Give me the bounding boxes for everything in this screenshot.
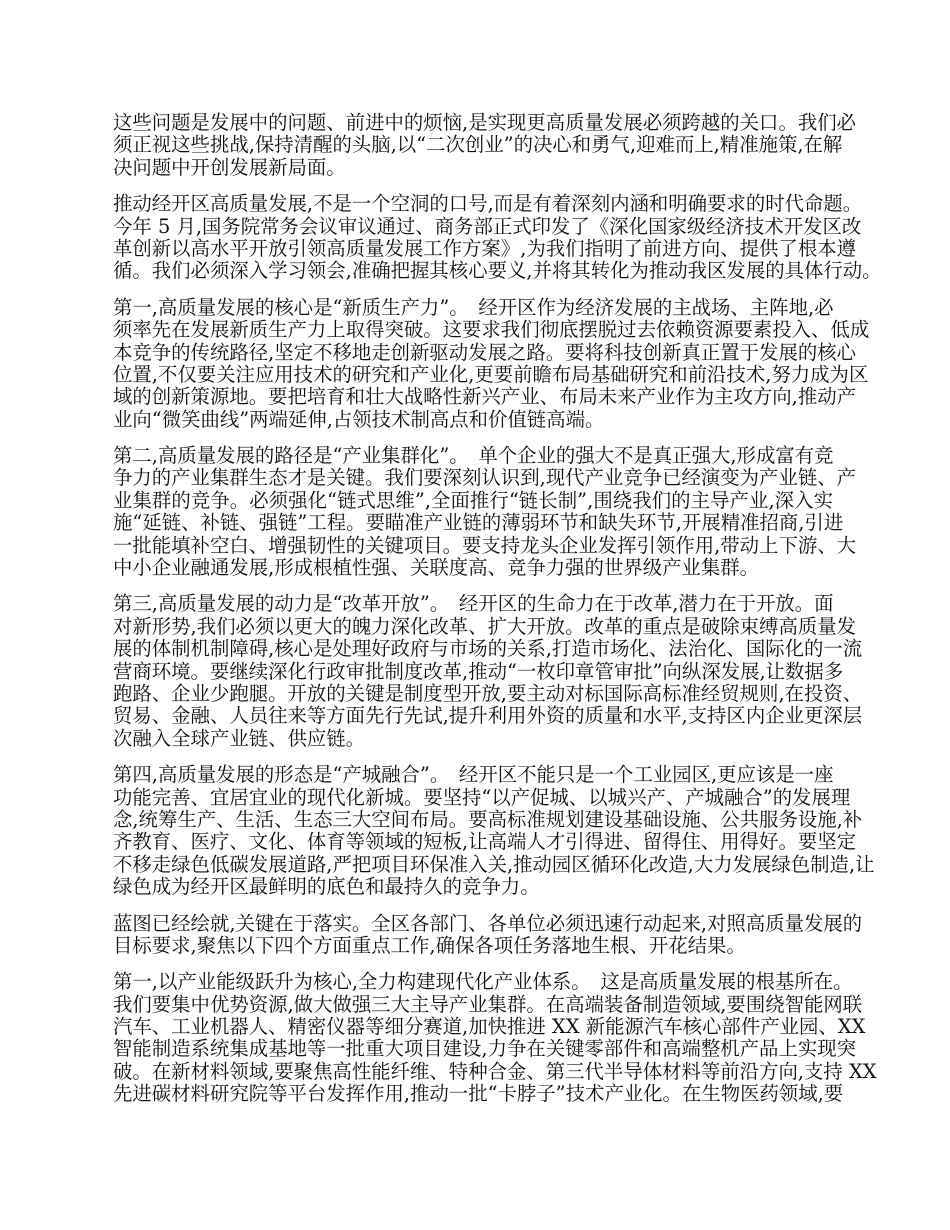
text-line: 争力的产业集群生态才是关键。我们要深刻认识到,现代产业竞争已经演变为产业链、产 xyxy=(113,467,833,489)
text-line: 我们要集中优势资源,做大做强三大主导产业集群。在高端装备制造领域,要围绕智能网联 xyxy=(113,994,833,1016)
paragraph-policy-context: 推动经开区高质量发展,不是一个空洞的口号,而是有着深刻内涵和明确要求的时代命题。… xyxy=(113,193,833,283)
text-line: 决问题中开创发展新局面。 xyxy=(113,157,833,179)
text-line: 营商环境。要继续深化行政审批制度改革,推动“一枚印章管审批”向纵深发展,让数据多 xyxy=(113,661,833,683)
text-line: 念,统筹生产、生活、生态三大空间布局。要高标准规划建设基础设施、公共服务设施,补 xyxy=(113,809,833,831)
text-line: 业向“微笑曲线”两端延伸,占领技术制高点和价值链高端。 xyxy=(113,409,833,431)
document-page: 这些问题是发展中的问题、前进中的烦恼,是实现更高质量发展必须跨越的关口。我们必 … xyxy=(113,112,833,1120)
text-line: 第二,高质量发展的路径是“产业集群化”。 单个企业的强大不是真正强大,形成富有竞 xyxy=(113,445,833,467)
text-line: 本竞争的传统路径,坚定不移地走创新驱动发展之路。要将科技创新真正置于发展的核心 xyxy=(113,342,833,364)
text-line: 先进碳材料研究院等平台发挥作用,推动一批“卡脖子”技术产业化。在生物医药领域,要 xyxy=(113,1083,833,1105)
paragraph-point-3-reform-opening: 第三,高质量发展的动力是“改革开放”。 经开区的生命力在于改革,潜力在于开放。面… xyxy=(113,593,833,750)
text-line: 域的创新策源地。要把培育和壮大战略性新兴产业、布局未来产业作为主攻方向,推动产 xyxy=(113,386,833,408)
paragraph-blueprint-implementation: 蓝图已经绘就,关键在于落实。全区各部门、各单位必须迅速行动起来,对照高质量发展的… xyxy=(113,913,833,958)
paragraph-point-1-new-productivity: 第一,高质量发展的核心是“新质生产力”。 经开区作为经济发展的主战场、主阵地,必… xyxy=(113,297,833,431)
text-line: 推动经开区高质量发展,不是一个空洞的口号,而是有着深刻内涵和明确要求的时代命题。 xyxy=(113,193,833,215)
text-line: 须率先在发展新质生产力上取得突破。这要求我们彻底摆脱过去依赖资源要素投入、低成 xyxy=(113,319,833,341)
text-line: 目标要求,聚焦以下四个方面重点工作,确保各项任务落地生根、开花结果。 xyxy=(113,935,833,957)
paragraph-point-4-industry-city-integration: 第四,高质量发展的形态是“产城融合”。 经开区不能只是一个工业园区,更应该是一座… xyxy=(113,764,833,898)
text-line: 第四,高质量发展的形态是“产城融合”。 经开区不能只是一个工业园区,更应该是一座 xyxy=(113,764,833,786)
text-line: 第一,以产业能级跃升为核心,全力构建现代化产业体系。 这是高质量发展的根基所在。 xyxy=(113,971,833,993)
paragraph-challenges: 这些问题是发展中的问题、前进中的烦恼,是实现更高质量发展必须跨越的关口。我们必 … xyxy=(113,112,833,179)
text-line: 对新形势,我们必须以更大的魄力深化改革、扩大开放。改革的重点是破除束缚高质量发 xyxy=(113,616,833,638)
text-line: 绿色成为经开区最鲜明的底色和最持久的竞争力。 xyxy=(113,876,833,898)
text-line: 次融入全球产业链、供应链。 xyxy=(113,728,833,750)
paragraph-task-1-industrial-system: 第一,以产业能级跃升为核心,全力构建现代化产业体系。 这是高质量发展的根基所在。… xyxy=(113,971,833,1105)
text-line: 位置,不仅要关注应用技术的研究和产业化,更要前瞻布局基础研究和前沿技术,努力成为… xyxy=(113,364,833,386)
text-line: 业集群的竞争。必须强化“链式思维”,全面推行“链长制”,围绕我们的主导产业,深入… xyxy=(113,490,833,512)
text-line: 第三,高质量发展的动力是“改革开放”。 经开区的生命力在于改革,潜力在于开放。面 xyxy=(113,593,833,615)
text-line: 中小企业融通发展,形成根植性强、关联度高、竞争力强的世界级产业集群。 xyxy=(113,557,833,579)
text-line: 须正视这些挑战,保持清醒的头脑,以“二次创业”的决心和勇气,迎难而上,精准施策,… xyxy=(113,134,833,156)
text-line: 破。在新材料领域,要聚焦高性能纤维、特种合金、第三代半导体材料等前沿方向,支持 … xyxy=(113,1061,833,1083)
text-line: 跑路、企业少跑腿。开放的关键是制度型开放,要主动对标国际高标准经贸规则,在投资、 xyxy=(113,683,833,705)
text-line: 汽车、工业机器人、精密仪器等细分赛道,加快推进 XX 新能源汽车核心部件产业园、… xyxy=(113,1016,833,1038)
text-line: 展的体制机制障碍,核心是处理好政府与市场的关系,打造市场化、法治化、国际化的一流 xyxy=(113,638,833,660)
text-line: 功能完善、宜居宜业的现代化新城。要坚持“以产促城、以城兴产、产城融合”的发展理 xyxy=(113,787,833,809)
text-line: 蓝图已经绘就,关键在于落实。全区各部门、各单位必须迅速行动起来,对照高质量发展的 xyxy=(113,913,833,935)
text-line: 第一,高质量发展的核心是“新质生产力”。 经开区作为经济发展的主战场、主阵地,必 xyxy=(113,297,833,319)
paragraph-point-2-industrial-clusters: 第二,高质量发展的路径是“产业集群化”。 单个企业的强大不是真正强大,形成富有竞… xyxy=(113,445,833,579)
text-line: 一批能填补空白、增强韧性的关键项目。要支持龙头企业发挥引领作用,带动上下游、大 xyxy=(113,535,833,557)
text-line: 循。我们必须深入学习领会,准确把握其核心要义,并将其转化为推动我区发展的具体行动… xyxy=(113,260,833,282)
text-line: 今年 5 月,国务院常务会议审议通过、商务部正式印发了《深化国家级经济技术开发区… xyxy=(113,216,833,238)
text-line: 智能制造系统集成基地等一批重大项目建设,力争在关键零部件和高端整机产品上实现突 xyxy=(113,1038,833,1060)
text-line: 齐教育、医疗、文化、体育等领域的短板,让高端人才引得进、留得住、用得好。要坚定 xyxy=(113,831,833,853)
text-line: 不移走绿色低碳发展道路,严把项目环保准入关,推动园区循环化改造,大力发展绿色制造… xyxy=(113,854,833,876)
text-line: 革创新以高水平开放引领高质量发展工作方案》,为我们指明了前进方向、提供了根本遵 xyxy=(113,238,833,260)
text-line: 这些问题是发展中的问题、前进中的烦恼,是实现更高质量发展必须跨越的关口。我们必 xyxy=(113,112,833,134)
text-line: 施“延链、补链、强链”工程。要瞄准产业链的薄弱环节和缺失环节,开展精准招商,引进 xyxy=(113,512,833,534)
text-line: 贸易、金融、人员往来等方面先行先试,提升利用外资的质量和水平,支持区内企业更深层 xyxy=(113,705,833,727)
